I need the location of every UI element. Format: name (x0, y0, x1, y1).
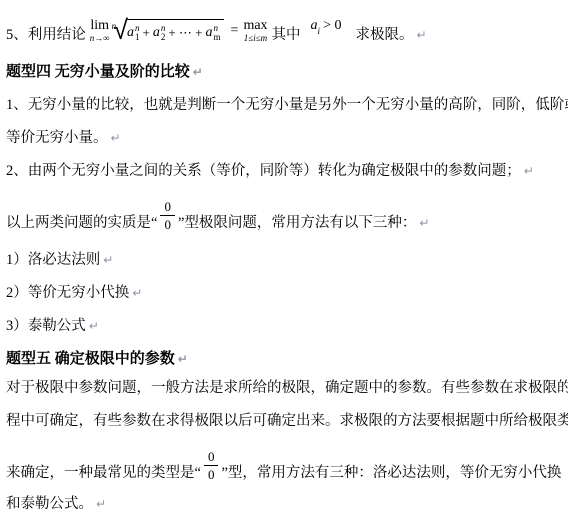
condition-a-positive: a i > 0 (311, 18, 342, 34)
zero-over-zero-fraction: 0 0 (204, 449, 219, 483)
term-am: a nm (206, 24, 221, 42)
term-a2: a n2 (153, 24, 166, 42)
para1-line2: 等价无穷小量。↵ (6, 122, 562, 155)
paragraph-mark: ↵ (96, 497, 106, 511)
para4-before: 来确定，一种最常见的类型是“ (6, 462, 201, 484)
item5-line: 5、利用结论 lim n→∞ n √ a n1 + a n2 (6, 0, 562, 50)
document: 5、利用结论 lim n→∞ n √ a n1 + a n2 (0, 0, 568, 520)
section-heading-four: 题型四 无穷小量及阶的比较↵ (6, 62, 562, 82)
para3-line: 以上两类问题的实质是“ 0 0 ”型极限问题，常用方法有以下三种： ↵ (6, 188, 562, 238)
zero-over-zero-fraction: 0 0 (160, 199, 175, 233)
para3-after: ”型极限问题，常用方法有以下三种： (178, 212, 416, 234)
para3-before: 以上两类问题的实质是“ (6, 212, 157, 234)
fraction-numerator: 0 (160, 199, 175, 217)
item5-prefix: 5、利用结论 (6, 25, 86, 45)
para4-fraction-line: 来确定，一种最常见的类型是“ 0 0 ”型，常用方法有三种：洛必达法则，等价无穷… (6, 438, 562, 488)
ellipsis-operator: + ⋯ + (168, 25, 202, 41)
section-heading-five: 题型五 确定极限中的参数↵ (6, 349, 562, 369)
para1-line1: 1、无穷小量的比较，也就是判断一个无穷小量是另外一个无穷小量的高阶，同阶，低阶或 (6, 89, 562, 122)
para4-line1: 对于极限中参数问题，一般方法是求所给的极限，确定题中的参数。有些参数在求极限的过 (6, 372, 562, 405)
max-subscript: 1≤i≤m (244, 34, 267, 43)
paragraph-mark: ↵ (416, 25, 426, 45)
fraction-numerator: 0 (204, 449, 219, 467)
paragraph-mark: ↵ (132, 286, 142, 300)
fraction-denominator: 0 (208, 466, 215, 483)
lim-operator: lim n→∞ (90, 19, 110, 43)
list-item-taylor: 3）泰勒公式↵ (6, 310, 562, 343)
lim-subscript: n→∞ (90, 34, 110, 43)
paragraph-mark: ↵ (89, 319, 99, 333)
list-item-equivalent-infinitesimal: 2）等价无穷小代换↵ (6, 277, 562, 310)
paragraph-mark: ↵ (178, 352, 188, 366)
plus-operator: + (143, 25, 150, 41)
item5-suffix: 求极限。 (355, 25, 413, 45)
paragraph-mark: ↵ (193, 65, 203, 79)
paragraph-mark: ↵ (103, 253, 113, 267)
radicand: a n1 + a n2 + ⋯ + a nm (126, 19, 224, 43)
limit-formula: lim n→∞ n √ a n1 + a n2 + ⋯ + (90, 19, 268, 43)
para2-line: 2、由两个无穷小量之间的关系（等价，同阶等）转化为确定极限中的参数问题；↵ (6, 155, 562, 188)
item5-connector: 其中 (272, 25, 301, 45)
paragraph-mark: ↵ (111, 131, 121, 145)
para4-line2: 程中可确定，有些参数在求得极限以后可确定出来。求极限的方法要根据题中所给极限类型 (6, 405, 562, 438)
list-item-lhopital: 1）洛必达法则↵ (6, 244, 562, 277)
root-index: n (112, 21, 117, 31)
fraction-denominator: 0 (164, 216, 171, 233)
max-operator: max 1≤i≤m (243, 19, 267, 43)
nth-root-radical: n √ a n1 + a n2 + ⋯ + a nm (112, 19, 224, 43)
paragraph-mark: ↵ (419, 212, 429, 234)
para4-last-line: 和泰勒公式。↵ (6, 488, 562, 520)
equals-sign: = (231, 23, 239, 39)
para4-after: ”型，常用方法有三种：洛必达法则，等价无穷小代换 (221, 462, 561, 484)
paragraph-mark: ↵ (524, 164, 534, 178)
term-a1: a n1 (127, 24, 140, 42)
